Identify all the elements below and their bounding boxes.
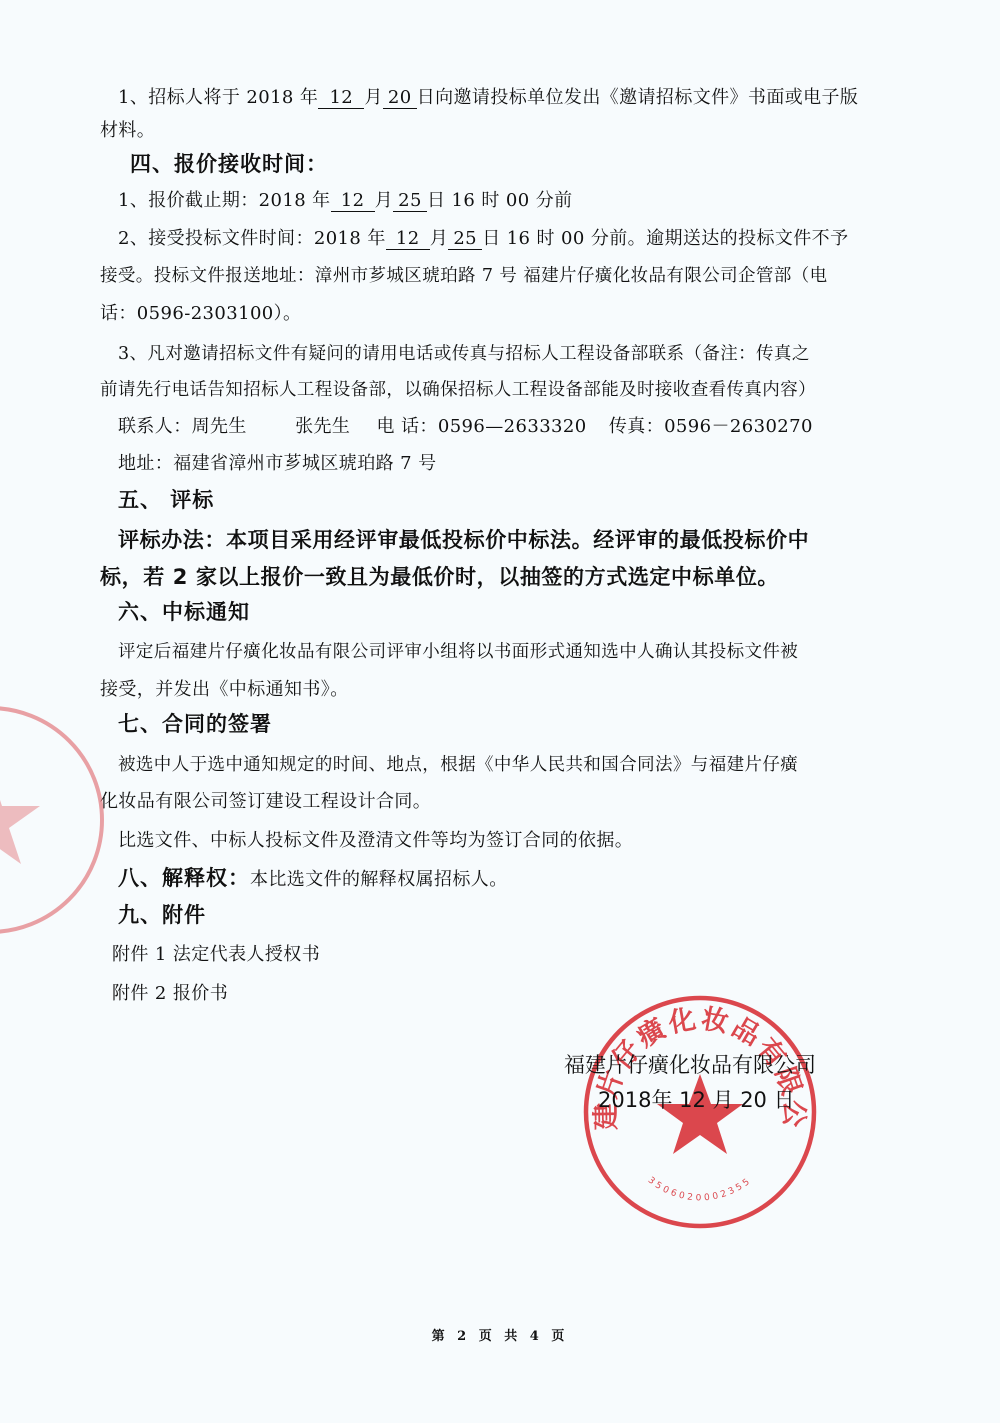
item1-month: 12 [331, 191, 375, 212]
item1-day: 25 [393, 191, 427, 212]
item1-month-unit: 月 [375, 190, 393, 211]
section-5-heading: 五、 评标 [118, 488, 214, 512]
section-4-item-3-line-2: 前请先行电话告知招标人工程设备部，以确保招标人工程设备部能及时接收查看传真内容） [100, 378, 816, 402]
signature-date: 2018年 12 月 20 日 [598, 1084, 795, 1114]
intro-month-unit: 月 [364, 87, 382, 108]
section-7-body-line-3: 比选文件、中标人投标文件及澄清文件等均为签订合同的依据。 [118, 829, 633, 853]
section-4-heading: 四、报价接收时间： [130, 152, 328, 176]
item2-prefix: 2、接受投标文件时间：2018 年 [118, 228, 386, 249]
section-6-body-line-1: 评定后福建片仔癀化妆品有限公司评审小组将以书面形式通知选中人确认其投标文件被 [118, 640, 798, 664]
section-6-heading: 六、中标通知 [118, 600, 250, 624]
contact-line: 联系人：周先生 张先生 电 话：0596—2633320 传真：0596－263… [118, 415, 813, 439]
attachment-2: 附件 2 报价书 [112, 982, 228, 1006]
section-8: 八、解释权：本比选文件的解释权属招标人。 [118, 866, 508, 892]
contact-person-2: 张先生 [295, 416, 350, 437]
svg-text:3506020002355: 3506020002355 [646, 1175, 754, 1203]
intro-day: 20 [383, 88, 417, 109]
section-4-item-3-line-1: 3、凡对邀请招标文件有疑问的请用电话或传真与招标人工程设备部联系（备注：传真之 [118, 342, 810, 366]
intro-month: 12 [318, 88, 364, 109]
section-7-heading: 七、合同的签署 [118, 712, 272, 736]
item1-suffix: 日 16 时 00 分前 [427, 190, 573, 211]
item2-suffix: 日 16 时 00 分前。逾期送达的投标文件不予 [482, 228, 848, 249]
attachment-1: 附件 1 法定代表人授权书 [112, 943, 320, 967]
section-4-item-2-line-2: 接受。投标文件报送地址：漳州市芗城区琥珀路 7 号 福建片仔癀化妆品有限公司企管… [100, 264, 828, 288]
section-7-body-line-2: 化妆品有限公司签订建设工程设计合同。 [100, 790, 431, 814]
section-5-body-line-2: 标，若 2 家以上报价一致且为最低价时，以抽签的方式选定中标单位。 [100, 565, 779, 589]
item2-month-unit: 月 [430, 228, 448, 249]
item1-prefix: 1、报价截止期：2018 年 [118, 190, 331, 211]
signature-company: 福建片仔癀化妆品有限公司 [564, 1049, 816, 1079]
item2-day: 25 [448, 229, 482, 250]
section-4-item-2-line-3: 话：0596-2303100）。 [100, 302, 301, 326]
intro-prefix: 1、招标人将于 2018 年 [118, 87, 318, 108]
section-4-item-2: 2、接受投标文件时间：2018 年12月25日 16 时 00 分前。逾期送达的… [118, 227, 848, 251]
section-6-body-line-2: 接受，并发出《中标通知书》。 [100, 678, 349, 702]
contact-phone: 电 话：0596—2633320 [377, 416, 587, 437]
intro-line-2: 材料。 [100, 119, 155, 143]
section-8-body: 本比选文件的解释权属招标人。 [250, 869, 508, 890]
item2-month: 12 [386, 229, 430, 250]
intro-suffix: 日向邀请投标单位发出《邀请招标文件》书面或电子版 [417, 87, 859, 108]
section-7-body-line-1: 被选中人于选中通知规定的时间、地点，根据《中华人民共和国合同法》与福建片仔癀 [118, 753, 798, 777]
section-8-heading: 八、解释权： [118, 866, 250, 890]
seal-stamp-partial [0, 700, 110, 940]
page-indicator: 第 2 页 共 4 页 [0, 1325, 1000, 1344]
contact-fax: 传真：0596－2630270 [609, 416, 813, 437]
stamp-serial: 3506020002355 [646, 1175, 754, 1203]
address-line: 地址：福建省漳州市芗城区琥珀路 7 号 [118, 452, 437, 476]
intro-line-1: 1、招标人将于 2018 年12月20日向邀请投标单位发出《邀请招标文件》书面或… [118, 86, 858, 110]
section-9-heading: 九、附件 [118, 903, 206, 927]
section-5-body-line-1: 评标办法：本项目采用经评审最低投标价中标法。经评审的最低投标价中 [118, 528, 809, 552]
section-4-item-1: 1、报价截止期：2018 年12月25日 16 时 00 分前 [118, 189, 573, 213]
contact-person-1: 联系人：周先生 [118, 416, 247, 437]
